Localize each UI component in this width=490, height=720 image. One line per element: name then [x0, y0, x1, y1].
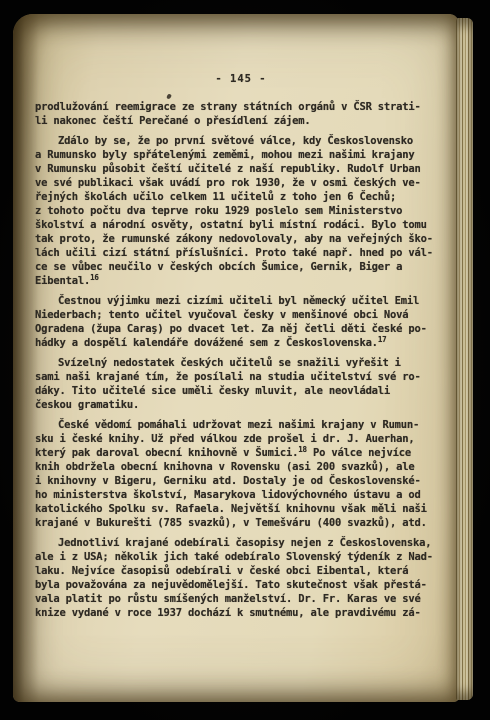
text-line: Zdálo by se, že po první světové válce, …	[35, 134, 447, 148]
text-segment: Svízelný nedostatek českých učitelů se s…	[58, 357, 401, 369]
text-segment: Čestnou výjimku mezi cizími učiteli byl …	[58, 295, 419, 307]
text-segment: i knihovny v Bigeru, Gerniku atd. Dostal…	[35, 475, 421, 487]
text-segment: českou gramatiku.	[35, 399, 139, 411]
footnote-ref: 16	[90, 273, 99, 282]
text-line: školství a národní osvěty, ostatní byli …	[35, 218, 447, 232]
text-line: z tohoto počtu dva teprve roku 1929 posl…	[35, 204, 447, 218]
text-segment: České vědomí pomáhali udržovat mezi naši…	[58, 419, 419, 431]
paragraph: Jednotliví krajané odebírali časopisy ne…	[35, 536, 447, 620]
text-line: vala platit po růstu smíšených manželstv…	[35, 592, 447, 606]
text-segment: ale i z USA; několik jich také odebíralo…	[35, 551, 433, 563]
text-segment: krajané v Bukurešti (785 svazků), v Teme…	[35, 517, 427, 529]
text-line: knih obdržela obecní knihovna v Rovensku…	[35, 460, 447, 474]
text-line: sku i české knihy. Už před válkou zde pr…	[35, 432, 447, 446]
text-line: Eibental.16	[35, 274, 447, 288]
text-segment: tak proto, že rumunské zákony nedovolova…	[35, 233, 433, 245]
text-segment: li nakonec čeští Perečané o přesídlení z…	[35, 115, 310, 127]
text-line: dáky. Tito učitelé sice uměli česky mluv…	[35, 384, 447, 398]
text-segment: vala platit po růstu smíšených manželstv…	[35, 593, 421, 605]
text-line: českou gramatiku.	[35, 398, 447, 412]
text-segment: ve své publikaci však uvádí pro rok 1930…	[35, 177, 421, 189]
text-segment: Jednotliví krajané odebírali časopisy ne…	[58, 537, 431, 549]
text-segment: který pak daroval obecní knihovně v Šumi…	[35, 447, 298, 459]
text-line: v Rumunsku působit čeští učitelé z naší …	[35, 162, 447, 176]
text-segment: knih obdržela obecní knihovna v Rovensku…	[35, 461, 415, 473]
page-content: - 145 - prodlužování reemigrace ze stran…	[13, 14, 459, 702]
text-line: řejných školách učilo celkem 11 učitelů …	[35, 190, 447, 204]
text-line: katolického Spolku sv. Rafaela. Největší…	[35, 502, 447, 516]
paragraph: prodlužování reemigrace ze strany státní…	[35, 100, 447, 128]
page-number: - 145 -	[35, 73, 447, 85]
text-line: prodlužování reemigrace ze strany státní…	[35, 100, 447, 114]
text-line: ce se vůbec neučilo v českých obcích Šum…	[35, 260, 447, 274]
text-segment: Eibental.	[35, 275, 90, 287]
text-line: byla považována za nejuvědomělejší. Tato…	[35, 578, 447, 592]
text-line: laku. Nejvíce časopisů odebírali v české…	[35, 564, 447, 578]
paragraph: Svízelný nedostatek českých učitelů se s…	[35, 356, 447, 412]
text-line: i knihovny v Bigeru, Gerniku atd. Dostal…	[35, 474, 447, 488]
text-line: li nakonec čeští Perečané o přesídlení z…	[35, 114, 447, 128]
scan-background: - 145 - prodlužování reemigrace ze stran…	[0, 0, 490, 720]
text-segment: knize vydané v roce 1937 dochází k smutn…	[35, 607, 421, 619]
text-segment: sku i české knihy. Už před válkou zde pr…	[35, 433, 415, 445]
text-line: sami naši krajané tím, že posílali na st…	[35, 370, 447, 384]
text-segment: Po válce nejvíce	[307, 447, 411, 459]
text-segment: Niederbach; tento učitel vyučoval česky …	[35, 309, 408, 321]
text-segment: v Rumunsku působit čeští učitelé z naší …	[35, 163, 421, 175]
text-line: ale i z USA; několik jich také odebíralo…	[35, 550, 447, 564]
text-segment: Zdálo by se, že po první světové válce, …	[58, 135, 413, 147]
paragraph: Čestnou výjimku mezi cizími učiteli byl …	[35, 294, 447, 350]
text-line: Jednotliví krajané odebírali časopisy ne…	[35, 536, 447, 550]
text-line: České vědomí pomáhali udržovat mezi naši…	[35, 418, 447, 432]
text-line: který pak daroval obecní knihovně v Šumi…	[35, 446, 447, 460]
text-segment: lách učili cizí státní příslušníci. Prot…	[35, 247, 433, 259]
text-line: tak proto, že rumunské zákony nedovolova…	[35, 232, 447, 246]
text-segment: řejných školách učilo celkem 11 učitelů …	[35, 191, 396, 203]
text-line: Niederbach; tento učitel vyučoval česky …	[35, 308, 447, 322]
text-segment: byla považována za nejuvědomělejší. Tato…	[35, 579, 427, 591]
text-segment: školství a národní osvěty, ostatní byli …	[35, 219, 427, 231]
text-segment: sami naši krajané tím, že posílali na st…	[35, 371, 421, 383]
text-segment: hádky a dospělí kalendáře dovážené sem z…	[35, 337, 378, 349]
paragraph: České vědomí pomáhali udržovat mezi naši…	[35, 418, 447, 530]
text-segment: prodlužování reemigrace ze strany státní…	[35, 101, 421, 113]
text-line: ve své publikaci však uvádí pro rok 1930…	[35, 176, 447, 190]
text-line: lách učili cizí státní příslušníci. Prot…	[35, 246, 447, 260]
text-segment: z tohoto počtu dva teprve roku 1929 posl…	[35, 205, 402, 217]
text-segment: Ogradena (župa Caraş) po dvacet let. Za …	[35, 323, 427, 335]
footnote-ref: 17	[378, 335, 387, 344]
text-line: hádky a dospělí kalendáře dovážené sem z…	[35, 336, 447, 350]
page-body: prodlužování reemigrace ze strany státní…	[35, 100, 447, 620]
text-segment: laku. Nejvíce časopisů odebírali v české…	[35, 565, 408, 577]
text-line: Svízelný nedostatek českých učitelů se s…	[35, 356, 447, 370]
text-line: krajané v Bukurešti (785 svazků), v Teme…	[35, 516, 447, 530]
text-line: Ogradena (župa Caraş) po dvacet let. Za …	[35, 322, 447, 336]
text-line: ho ministerstva školství, Masarykova lid…	[35, 488, 447, 502]
text-segment: ho ministerstva školství, Masarykova lid…	[35, 489, 421, 501]
paragraph: Zdálo by se, že po první světové válce, …	[35, 134, 447, 288]
text-segment: dáky. Tito učitelé sice uměli česky mluv…	[35, 385, 390, 397]
footnote-ref: 18	[298, 445, 307, 454]
text-line: Čestnou výjimku mezi cizími učiteli byl …	[35, 294, 447, 308]
text-segment: katolického Spolku sv. Rafaela. Největší…	[35, 503, 427, 515]
text-segment: ce se vůbec neučilo v českých obcích Šum…	[35, 261, 402, 273]
text-line: knize vydané v roce 1937 dochází k smutn…	[35, 606, 447, 620]
text-line: a Rumunsko byly spřátelenými zeměmi, moh…	[35, 148, 447, 162]
text-segment: a Rumunsko byly spřátelenými zeměmi, moh…	[35, 149, 415, 161]
